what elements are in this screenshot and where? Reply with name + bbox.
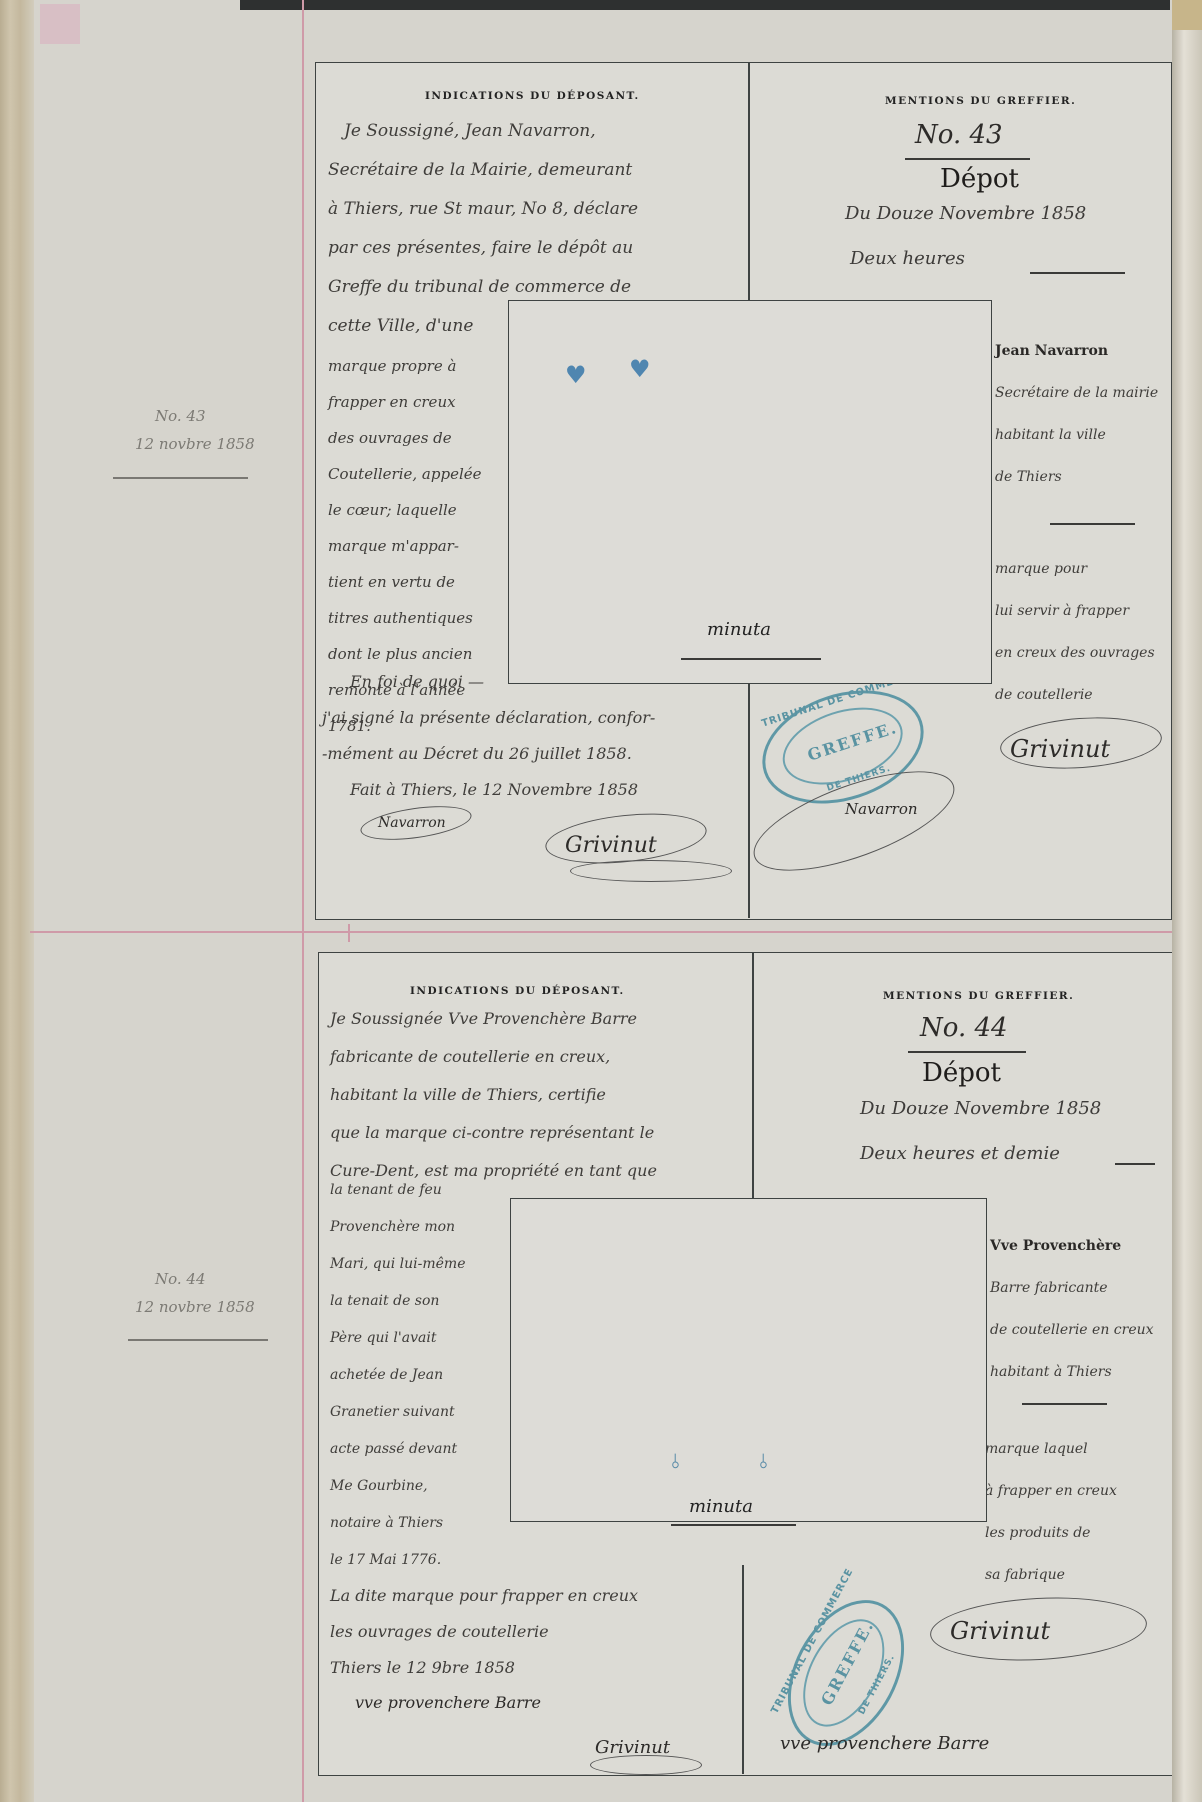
margin-entry-date: 12 novbre 1858 (135, 430, 255, 458)
declaration-line: Père qui l'avait (330, 1320, 465, 1357)
greffier-note-line: lui servir à frapper (995, 590, 1155, 632)
declaration-line: Provenchère mon (330, 1209, 465, 1246)
margin-note: No. 44 12 novbre 1858 (135, 1265, 255, 1321)
minuta-underline (681, 658, 821, 660)
trademark-imprint-box: ♥ ♥ minuta (508, 300, 992, 684)
deposit-date: Du Douze Novembre 1858 (845, 203, 1086, 224)
register-page: No. 43 12 novbre 1858 INDICATIONS DU DÉP… (0, 0, 1175, 1802)
declaration-line: à Thiers, rue St maur, No 8, déclare (328, 190, 638, 229)
greffier-note-line: en creux des ouvrages (995, 632, 1155, 674)
depositor-signature-greffier-col: vve provenchere Barre (780, 1733, 989, 1754)
margin-ruling-vertical (302, 0, 304, 1802)
page-stain (40, 4, 80, 44)
greffier-note-line: habitant la ville (995, 414, 1158, 456)
trademark-imprint-box: ⫰ ⫰ minuta (510, 1198, 987, 1522)
number-underline (905, 158, 1030, 160)
deposit-time: Deux heures et demie (860, 1143, 1060, 1164)
declaration-line: tient en vertu de (328, 564, 482, 600)
minuta-label: minuta (707, 619, 771, 640)
declaration-line: Thiers le 12 9bre 1858 (330, 1650, 638, 1686)
heart-mark-icon: ♥ (565, 361, 587, 389)
greffier-notes-mark: marque laquel à frapper en creux les pro… (985, 1428, 1117, 1596)
margin-note: No. 43 12 novbre 1858 (135, 402, 255, 458)
time-underline (1115, 1163, 1155, 1165)
greffier-notes-depositor: Vve Provenchère Barre fabricante de cout… (990, 1225, 1154, 1393)
declaration-line: Mari, qui lui-même (330, 1246, 465, 1283)
entry-separator-ruling (30, 931, 1175, 933)
book-gutter (0, 0, 34, 1802)
column-divider (748, 62, 750, 302)
declaration-line: la tenait de son (330, 1283, 465, 1320)
heart-mark-icon: ♥ (629, 355, 651, 383)
declaration-line: la tenant de feu (330, 1172, 465, 1209)
declaration-line: le cœur; laquelle (328, 492, 482, 528)
declaration-line: fabricante de coutellerie en creux, (330, 1038, 657, 1076)
declaration-line: Me Gourbine, (330, 1468, 465, 1505)
book-binding-edge (240, 0, 1170, 10)
declaration-line: Je Soussigné, Jean Navarron, (328, 112, 638, 151)
greffier-note-line: habitant à Thiers (990, 1351, 1154, 1393)
deposit-time: Deux heures (850, 248, 965, 269)
time-underline (1030, 272, 1125, 274)
greffier-note-line: marque pour (995, 548, 1155, 590)
deposit-date: Du Douze Novembre 1858 (860, 1098, 1101, 1119)
minuta-label: minuta (689, 1496, 753, 1517)
toothpick-mark-icon: ⫰ (671, 1449, 680, 1473)
greffier-note-line: de Thiers (995, 456, 1158, 498)
greffier-note-line: Jean Navarron (995, 330, 1158, 372)
column-divider (748, 682, 750, 918)
declaration-line: le 17 Mai 1776. (330, 1542, 465, 1579)
notes-separator (1022, 1403, 1107, 1405)
book-fore-edge (1172, 0, 1202, 1802)
greffier-notes-depositor: Jean Navarron Secrétaire de la mairie ha… (995, 330, 1158, 498)
ruling-tick (348, 924, 350, 942)
declaration-line: Je Soussignée Vve Provenchère Barre (330, 1000, 657, 1038)
greffier-note-line: à frapper en creux (985, 1470, 1117, 1512)
declaration-closing: En foi de quoi — j'ai signé la présente … (322, 664, 655, 808)
declaration-line: acte passé devant (330, 1431, 465, 1468)
declaration-line: notaire à Thiers (330, 1505, 465, 1542)
greffier-note-line: de coutellerie en creux (990, 1309, 1154, 1351)
deposit-number: No. 43 (915, 120, 1003, 150)
greffier-note-line: Vve Provenchère (990, 1225, 1154, 1267)
declaration-line: Secrétaire de la Mairie, demeurant (328, 151, 638, 190)
declaration-line: Granetier suivant (330, 1394, 465, 1431)
declaration-line: par ces présentes, faire le dépôt au (328, 229, 638, 268)
declaration-text: Je Soussignée Vve Provenchère Barre fabr… (330, 1000, 657, 1190)
declaration-line: titres authentiques (328, 600, 482, 636)
declaration-line: habitant la ville de Thiers, certifie (330, 1076, 657, 1114)
greffier-note-line: Barre fabricante (990, 1267, 1154, 1309)
declaration-line: des ouvrages de (328, 420, 482, 456)
declaration-line: les ouvrages de coutellerie (330, 1614, 638, 1650)
declaration-line: marque m'appar- (328, 528, 482, 564)
depositor-header: INDICATIONS DU DÉPOSANT. (425, 90, 640, 102)
declaration-line: Fait à Thiers, le 12 Novembre 1858 (322, 772, 655, 808)
declaration-line: que la marque ci-contre représentant le (330, 1114, 657, 1152)
greffier-header: MENTIONS DU GREFFIER. (883, 990, 1074, 1002)
declaration-line: Coutellerie, appelée (328, 456, 482, 492)
declaration-line: frapper en creux (328, 384, 482, 420)
book-corner (1172, 0, 1202, 30)
toothpick-mark-icon: ⫰ (759, 1449, 768, 1473)
minuta-underline (671, 1524, 796, 1526)
margin-entry-number: No. 44 (135, 1265, 255, 1293)
margin-entry-date: 12 novbre 1858 (135, 1293, 255, 1321)
notes-separator (1050, 523, 1135, 525)
declaration-line: j'ai signé la présente déclaration, conf… (322, 700, 655, 736)
greffier-header: MENTIONS DU GREFFIER. (885, 95, 1076, 107)
signature-flourish (570, 860, 732, 882)
greffier-note-line: de coutellerie (995, 674, 1155, 716)
depositor-signature: vve provenchere Barre (355, 1693, 541, 1712)
depot-label: Dépot (922, 1058, 1001, 1088)
depositor-header: INDICATIONS DU DÉPOSANT. (410, 985, 625, 997)
declaration-line: -mément au Décret du 26 juillet 1858. (322, 736, 655, 772)
declaration-line: achetée de Jean (330, 1357, 465, 1394)
greffier-note-line: Secrétaire de la mairie (995, 372, 1158, 414)
greffier-notes-mark: marque pour lui servir à frapper en creu… (995, 548, 1155, 716)
number-underline (908, 1051, 1026, 1053)
declaration-text-narrow: la tenant de feu Provenchère mon Mari, q… (330, 1172, 465, 1579)
depot-label: Dépot (940, 164, 1019, 194)
greffier-note-line: marque laquel (985, 1428, 1117, 1470)
greffier-note-line: les produits de (985, 1512, 1117, 1554)
margin-entry-number: No. 43 (135, 402, 255, 430)
signature-flourish (590, 1755, 702, 1775)
column-divider (752, 952, 754, 1198)
declaration-closing: La dite marque pour frapper en creux les… (330, 1578, 638, 1686)
margin-underline (113, 477, 248, 479)
greffier-note-line: sa fabrique (985, 1554, 1117, 1596)
column-divider (742, 1565, 744, 1774)
declaration-line: marque propre à (328, 348, 482, 384)
margin-underline (128, 1339, 268, 1341)
declaration-line: La dite marque pour frapper en creux (330, 1578, 638, 1614)
deposit-number: No. 44 (920, 1013, 1008, 1043)
